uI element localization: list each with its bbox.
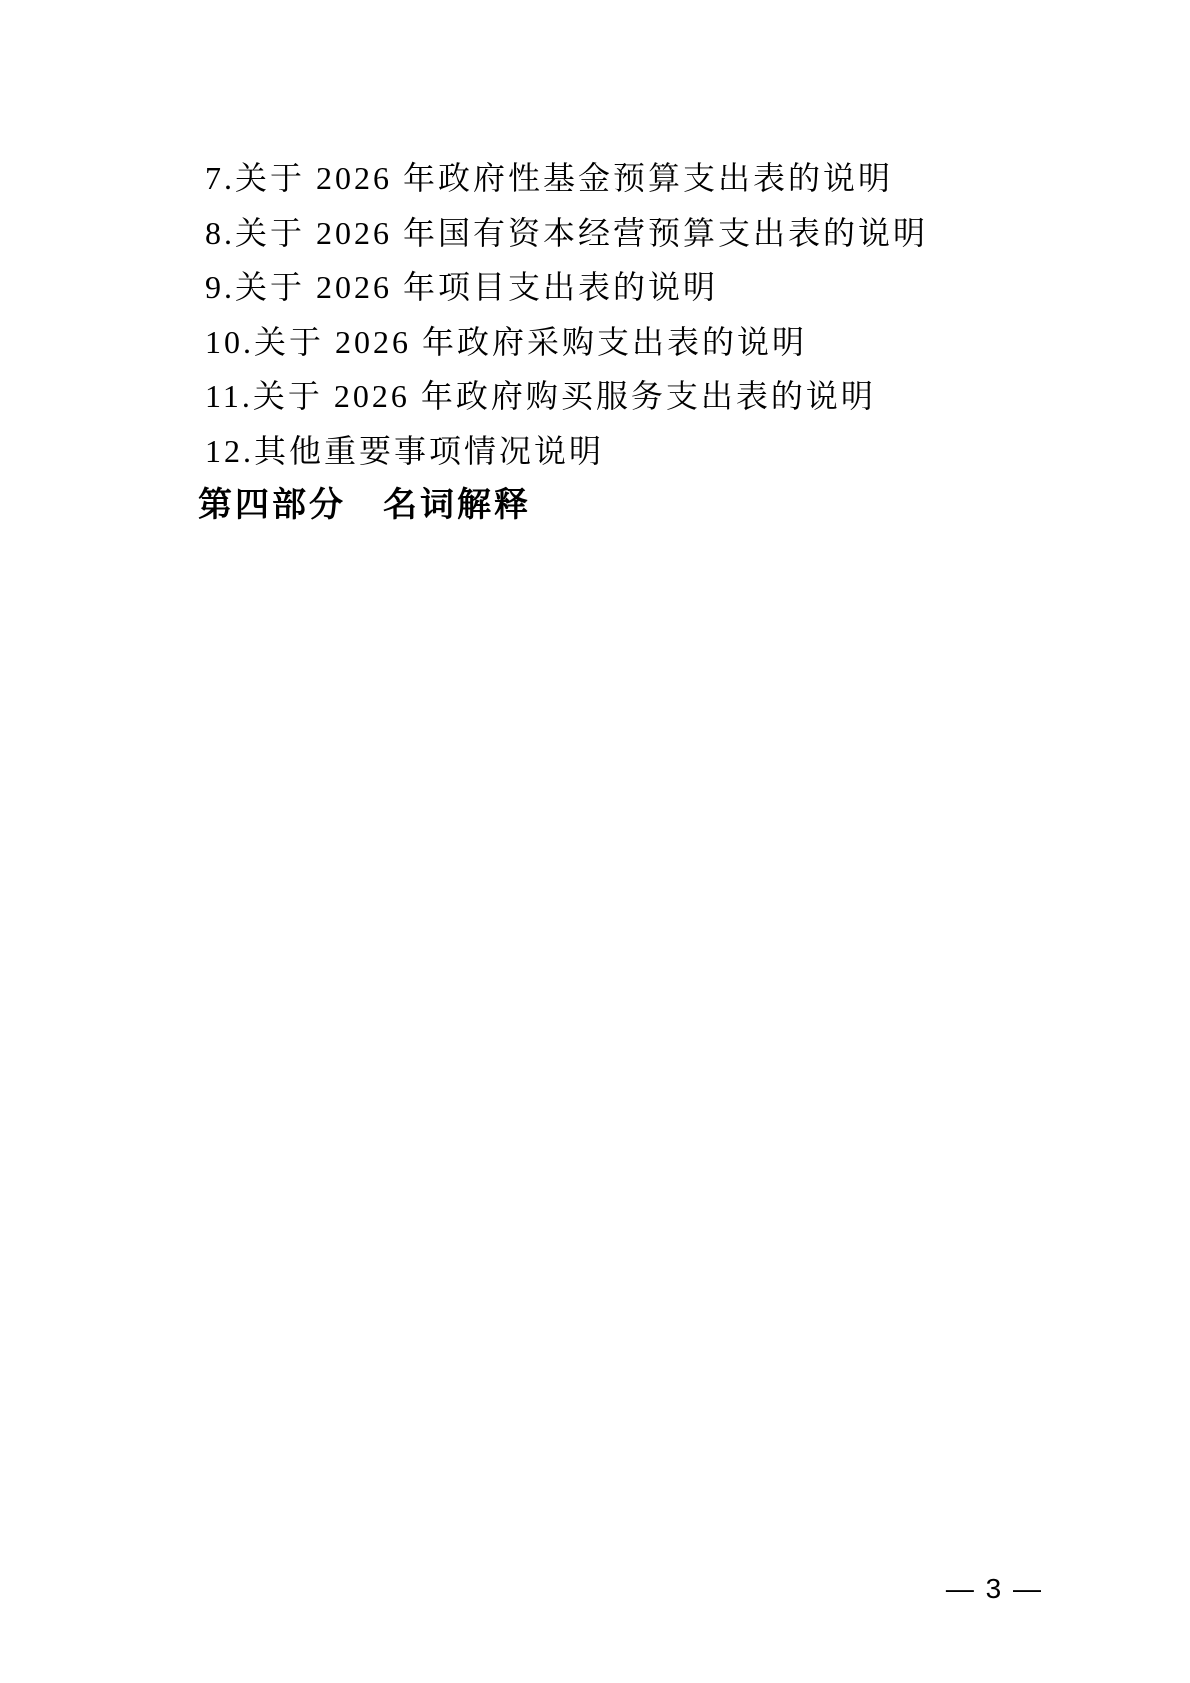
document-page: 7.关于 2026 年政府性基金预算支出表的说明 8.关于 2026 年国有资本… bbox=[0, 0, 1190, 1683]
toc-item: 12.其他重要事项情况说明 bbox=[205, 424, 1100, 479]
section-heading: 第四部分 名词解释 bbox=[198, 478, 1100, 533]
toc-item: 9.关于 2026 年项目支出表的说明 bbox=[205, 260, 1100, 315]
page-footer: — 3 — bbox=[946, 1573, 1043, 1605]
toc-item: 10.关于 2026 年政府采购支出表的说明 bbox=[205, 315, 1100, 370]
toc-item: 8.关于 2026 年国有资本经营预算支出表的说明 bbox=[205, 206, 1100, 261]
page-number: — 3 — bbox=[946, 1573, 1043, 1604]
toc-item: 7.关于 2026 年政府性基金预算支出表的说明 bbox=[205, 151, 1100, 206]
toc-content: 7.关于 2026 年政府性基金预算支出表的说明 8.关于 2026 年国有资本… bbox=[205, 151, 1100, 533]
toc-item: 11.关于 2026 年政府购买服务支出表的说明 bbox=[205, 369, 1100, 424]
